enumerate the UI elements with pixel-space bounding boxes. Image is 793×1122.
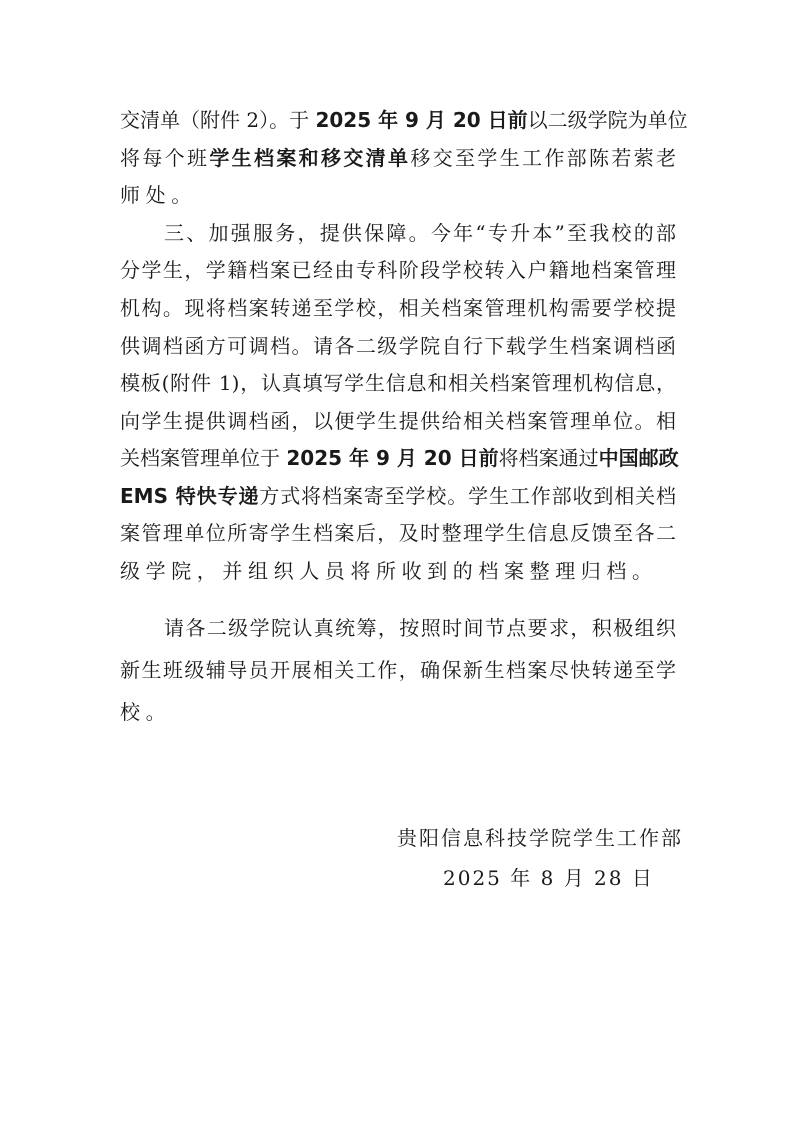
deadline-bold: 2025 年 9 月 20 日前 [286, 446, 498, 470]
emphasis-bold: EMS 特快专递 [120, 484, 259, 508]
text-segment: 关档案管理单位于 [120, 446, 286, 470]
text-line: 师处。 [120, 182, 676, 208]
text-line: 请各二级学院认真统筹，按照时间节点要求，积极组织 [164, 615, 676, 641]
text-line: 交清单（附件 2）。于 2025 年 9 月 20 日前以二级学院为单位 [120, 107, 676, 133]
text-segment: 师处。 [120, 183, 197, 207]
text-segment: 移交至学生工作部陈若萦老 [410, 146, 676, 170]
text-segment: 模板(附件 1)，认真填写学生信息和相关档案管理机构信息， [120, 371, 676, 395]
emphasis-bold: 学生档案和移交清单 [209, 146, 410, 170]
text-segment: 三、加强服务，提供保障。今年“专升本”至我校的部 [164, 221, 676, 245]
text-line: EMS 特快专递方式将档案寄至学校。学生工作部收到相关档 [120, 483, 676, 509]
text-segment: 将档案通过 [499, 446, 599, 470]
section-heading-line: 三、加强服务，提供保障。今年“专升本”至我校的部 [164, 220, 676, 246]
text-line: 模板(附件 1)，认真填写学生信息和相关档案管理机构信息， [120, 370, 676, 396]
text-segment: 案管理单位所寄学生档案后，及时整理学生信息反馈至各二 [120, 521, 676, 545]
signature-date: 2025 年 8 月 28 日 [443, 865, 654, 891]
text-segment: 机构。现将档案转递至学校，相关档案管理机构需要学校提 [120, 296, 676, 320]
text-line: 案管理单位所寄学生档案后，及时整理学生信息反馈至各二 [120, 520, 676, 546]
deadline-bold: 2025 年 9 月 20 日前 [315, 108, 527, 132]
text-line: 关档案管理单位于 2025 年 9 月 20 日前将档案通过中国邮政 [120, 445, 676, 471]
text-line: 供调档函方可调档。请各二级学院自行下载学生档案调档函 [120, 333, 676, 359]
text-line: 分学生，学籍档案已经由专科阶段学校转入户籍地档案管理 [120, 257, 676, 283]
text-line: 新生班级辅导员开展相关工作，确保新生档案尽快转递至学 [120, 657, 676, 683]
text-segment: 级学院，并组织人员将所收到的档案整理归档。 [120, 559, 658, 583]
document-page: 交清单（附件 2）。于 2025 年 9 月 20 日前以二级学院为单位 将每个… [0, 0, 793, 1122]
text-segment: 以二级学院为单位 [528, 108, 688, 132]
text-segment: 方式将档案寄至学校。学生工作部收到相关档 [259, 484, 676, 508]
text-line: 向学生提供调档函，以便学生提供给相关档案管理单位。相 [120, 408, 676, 434]
signature-organization: 贵阳信息科技学院学生工作部 [397, 825, 683, 851]
emphasis-bold: 中国邮政 [599, 446, 679, 470]
text-segment: 新生班级辅导员开展相关工作，确保新生档案尽快转递至学 [120, 658, 676, 682]
text-segment: 将每个班 [120, 146, 209, 170]
text-line: 机构。现将档案转递至学校，相关档案管理机构需要学校提 [120, 295, 676, 321]
text-segment: 供调档函方可调档。请各二级学院自行下载学生档案调档函 [120, 334, 676, 358]
text-line: 校。 [120, 699, 676, 725]
text-segment: 请各二级学院认真统筹，按照时间节点要求，积极组织 [164, 616, 676, 640]
text-segment: 分学生，学籍档案已经由专科阶段学校转入户籍地档案管理 [120, 258, 676, 282]
text-line: 级学院，并组织人员将所收到的档案整理归档。 [120, 558, 676, 584]
text-segment: 向学生提供调档函，以便学生提供给相关档案管理单位。相 [120, 409, 676, 433]
text-segment: 交清单（附件 2）。于 [120, 108, 315, 132]
text-line: 将每个班学生档案和移交清单移交至学生工作部陈若萦老 [120, 145, 676, 171]
text-segment: 校。 [120, 700, 171, 724]
